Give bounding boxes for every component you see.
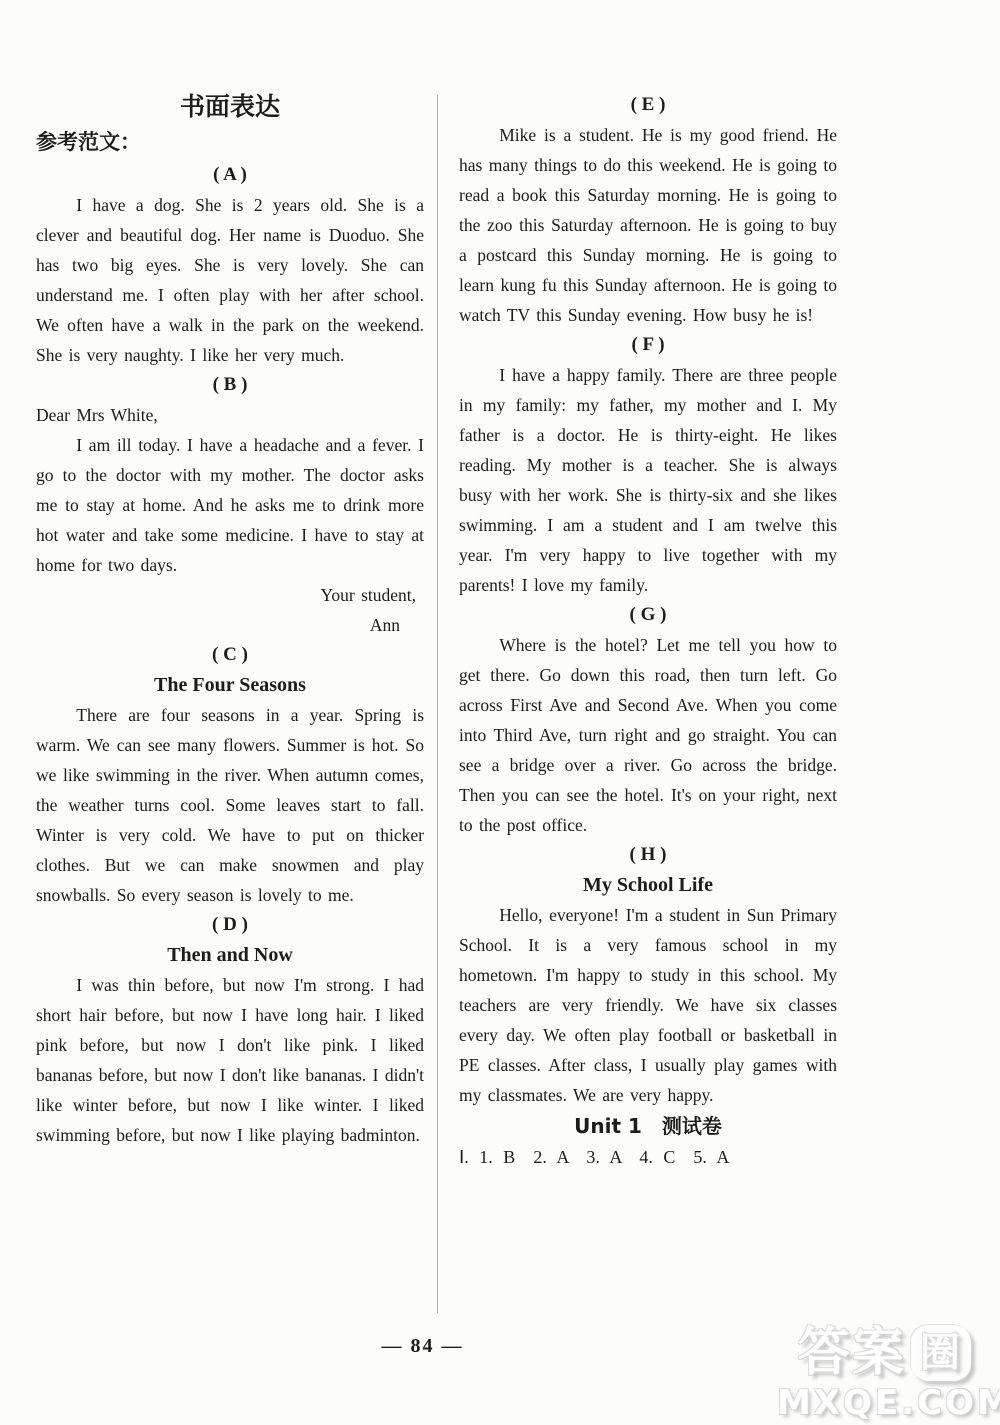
- essay-b: ( B ) Dear Mrs White, I am ill today. I …: [36, 370, 424, 640]
- right-column: ( E ) Mike is a student. He is my good f…: [459, 90, 837, 1172]
- essay-c: ( C ) The Four Seasons There are four se…: [36, 640, 424, 910]
- essay-f-body: I have a happy family. There are three p…: [459, 360, 837, 600]
- essay-h-label: ( H ): [459, 840, 837, 870]
- watermark-circled-char: 圈: [911, 1325, 971, 1381]
- watermark-domain: MXQE.COM: [777, 1383, 992, 1423]
- essay-g: ( G ) Where is the hotel? Let me tell yo…: [459, 600, 837, 840]
- essay-d-body: I was thin before, but now I'm strong. I…: [36, 970, 424, 1150]
- watermark-logo: 答案圈 MXQE.COM: [777, 1323, 992, 1423]
- essay-g-body: Where is the hotel? Let me tell you how …: [459, 630, 837, 840]
- left-column: 书面表达 参考范文： ( A ) I have a dog. She is 2 …: [36, 90, 424, 1150]
- essay-b-salutation: Dear Mrs White,: [36, 400, 424, 430]
- essay-b-signature: Ann: [36, 610, 424, 640]
- essay-e-body: Mike is a student. He is my good friend.…: [459, 120, 837, 330]
- section-heading: 书面表达: [36, 90, 424, 124]
- essay-f-label: ( F ): [459, 330, 837, 360]
- essay-h-title: My School Life: [459, 870, 837, 900]
- essay-b-signoff: Your student,: [36, 580, 424, 610]
- unit1-test-title: Unit 1 测试卷: [459, 1110, 837, 1142]
- essay-h: ( H ) My School Life Hello, everyone! I'…: [459, 840, 837, 1110]
- scanned-answer-page: 书面表达 参考范文： ( A ) I have a dog. She is 2 …: [0, 0, 1000, 1425]
- watermark-brand: 答案圈: [777, 1323, 992, 1383]
- essay-h-body: Hello, everyone! I'm a student in Sun Pr…: [459, 900, 837, 1110]
- essay-d-title: Then and Now: [36, 940, 424, 970]
- reference-essays-label: 参考范文：: [36, 124, 424, 160]
- essay-a-label: ( A ): [36, 160, 424, 190]
- essay-c-body: There are four seasons in a year. Spring…: [36, 700, 424, 910]
- essay-e: ( E ) Mike is a student. He is my good f…: [459, 90, 837, 330]
- essay-f: ( F ) I have a happy family. There are t…: [459, 330, 837, 600]
- essay-d: ( D ) Then and Now I was thin before, bu…: [36, 910, 424, 1150]
- essay-d-label: ( D ): [36, 910, 424, 940]
- page-number: — 84 —: [0, 1335, 845, 1358]
- column-divider: [437, 95, 438, 1313]
- essay-a: ( A ) I have a dog. She is 2 years old. …: [36, 160, 424, 370]
- essay-e-label: ( E ): [459, 90, 837, 120]
- essay-c-title: The Four Seasons: [36, 670, 424, 700]
- unit1-answers-line: Ⅰ. 1. B 2. A 3. A 4. C 5. A: [459, 1142, 837, 1172]
- essay-g-label: ( G ): [459, 600, 837, 630]
- essay-c-label: ( C ): [36, 640, 424, 670]
- essay-b-body: I am ill today. I have a headache and a …: [36, 430, 424, 580]
- watermark-brand-text: 答案: [798, 1323, 906, 1383]
- essay-a-body: I have a dog. She is 2 years old. She is…: [36, 190, 424, 370]
- unit1-test-section: Unit 1 测试卷 Ⅰ. 1. B 2. A 3. A 4. C 5. A: [459, 1110, 837, 1172]
- essay-b-label: ( B ): [36, 370, 424, 400]
